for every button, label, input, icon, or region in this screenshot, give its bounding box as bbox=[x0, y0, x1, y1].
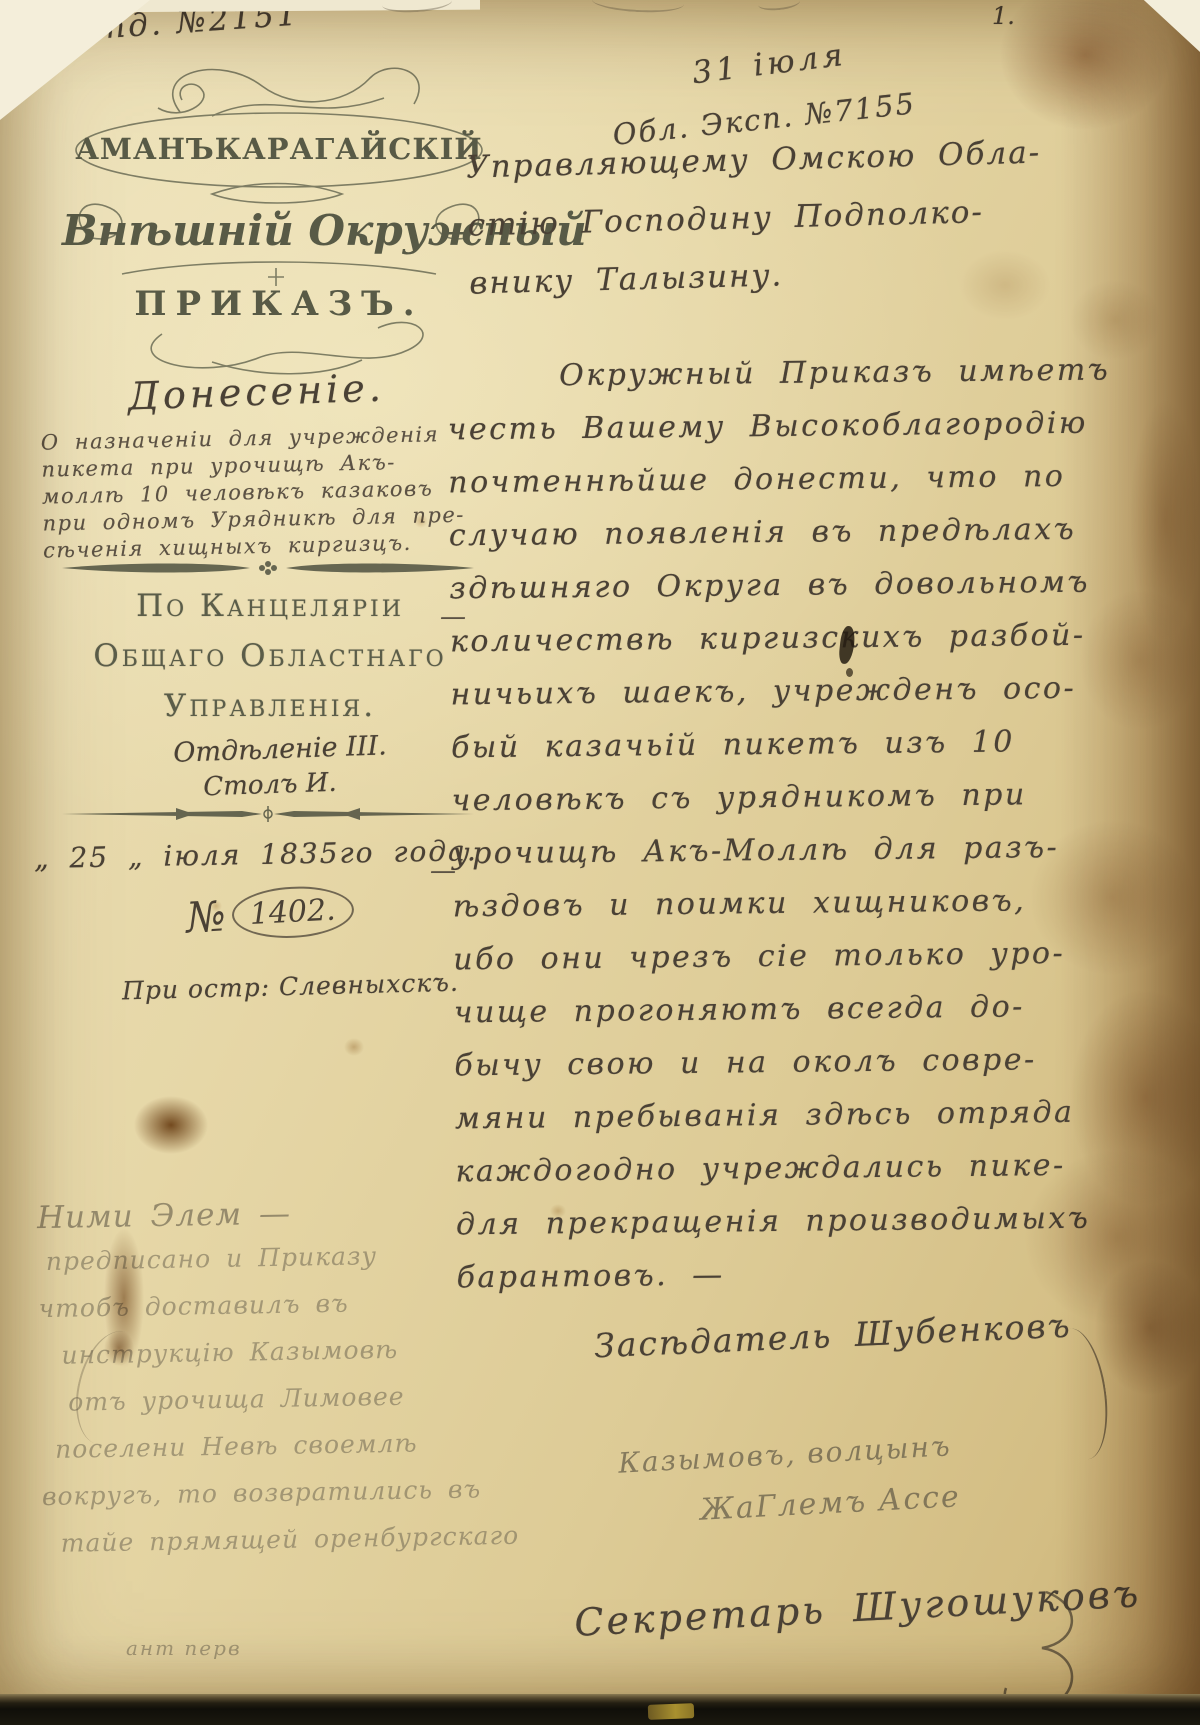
page-number: 1. bbox=[992, 2, 1015, 30]
body-line: здѣшняго Округа въ довольномъ bbox=[449, 565, 1090, 625]
foxing-spot bbox=[344, 1038, 364, 1056]
margin-mark: — bbox=[430, 856, 456, 886]
pencil-line-right: ЖаГлемъ Ассе bbox=[699, 1479, 961, 1528]
pencil-line-right: Казымовъ, волцынъ bbox=[617, 1429, 952, 1479]
body-line: бый казачьій пикетъ изъ 10 bbox=[451, 724, 1092, 784]
document-number-value: 1402. bbox=[230, 884, 354, 941]
body-line: честь Вашему Высокоблагородію bbox=[448, 406, 1089, 466]
body-line: ничьихъ шаекъ, учрежденъ осо- bbox=[450, 671, 1091, 731]
margin-mark: — bbox=[440, 602, 466, 632]
report-subject: О назначеніи для учрежденія пикета при у… bbox=[41, 421, 480, 565]
received-date-note: 31 іюля bbox=[690, 37, 848, 92]
body-line: для прекращенія производимыхъ bbox=[456, 1201, 1097, 1261]
pencil-line: отъ урочища Лимовее bbox=[40, 1380, 511, 1435]
numero-sign: № bbox=[185, 891, 227, 942]
pencil-line: инструкцію Казымовѣ bbox=[39, 1333, 510, 1388]
ink-drop bbox=[846, 668, 853, 677]
body-line: случаю появленія въ предѣлахъ bbox=[449, 512, 1090, 572]
pencil-draft: Ними Элем — предписано и Приказу чтобъ д… bbox=[37, 1192, 513, 1576]
place-note: При остр: Слевныхскъ. bbox=[122, 968, 460, 1006]
pencil-line: тайе прямящей оренбургскаго bbox=[42, 1521, 513, 1576]
stain bbox=[1070, 280, 1160, 360]
stain bbox=[1130, 400, 1200, 640]
body-line: человѣкъ съ урядникомъ при bbox=[451, 777, 1092, 837]
pencil-bottom-note: ант перв bbox=[126, 1636, 242, 1660]
signature-flourish bbox=[1043, 1325, 1115, 1463]
stain bbox=[1080, 590, 1200, 730]
document-date: „ 25 „ іюля 1835го года. bbox=[34, 834, 487, 875]
pencil-line: поселени Невѣ своемлѣ bbox=[41, 1427, 512, 1482]
cut-off-stroke bbox=[381, 0, 452, 14]
cut-off-stroke bbox=[757, 0, 800, 12]
pencil-line: Ними Элем — bbox=[37, 1192, 508, 1247]
body-line: Окружный Приказъ имѣетъ bbox=[447, 353, 1088, 413]
pencil-line: чтобъ доставилъ въ bbox=[38, 1286, 509, 1341]
body-line: ибо они чрезъ сіе только уро- bbox=[453, 936, 1094, 996]
arrow-divider bbox=[56, 804, 480, 824]
document-page: 1. З. отд. №2151 АМАНЪКАРАГАЙСКІЙ Внѣшні… bbox=[0, 0, 1200, 1725]
stain bbox=[1000, 0, 1170, 130]
body-line: чище прогоняютъ всегда до- bbox=[454, 989, 1095, 1049]
addressee-block: Управляющему Омскою Обла- стію Господину… bbox=[466, 134, 1050, 323]
letterhead: АМАНЪКАРАГАЙСКІЙ Внѣшній Окружный ПРИКАЗ… bbox=[62, 62, 496, 384]
pencil-object bbox=[648, 1703, 694, 1720]
office-chancellery: По Канцеляріи bbox=[60, 588, 480, 624]
body-line: бычу свою и на околъ совре- bbox=[454, 1042, 1095, 1102]
letterhead-line-3: ПРИКАЗЪ. bbox=[62, 284, 496, 324]
body-line: барантовъ. — bbox=[456, 1254, 1097, 1314]
ink-blot bbox=[134, 1096, 208, 1154]
body-line: мяни пребыванія здѣсь отряда bbox=[455, 1095, 1096, 1155]
office-department: Отдѣленіе III. bbox=[120, 728, 441, 770]
letterhead-line-2: Внѣшній Окружный bbox=[62, 206, 496, 255]
office-administration: Управленія. bbox=[60, 688, 480, 724]
scan-background-strip bbox=[0, 1694, 1200, 1725]
pencil-line: предписано и Приказу bbox=[38, 1239, 509, 1294]
ornamental-divider bbox=[56, 558, 480, 578]
letterhead-line-1: АМАНЪКАРАГАЙСКІЙ bbox=[62, 132, 496, 166]
pencil-line: вокругъ, то возвратились въ bbox=[42, 1474, 513, 1529]
document-number: № 1402. bbox=[185, 884, 355, 944]
body-line: каждогодно учреждались пике- bbox=[455, 1148, 1096, 1208]
body-text: Окружный Приказъ имѣетъ честь Вашему Выс… bbox=[447, 353, 1097, 1314]
office-general: Общаго Областнаго bbox=[42, 638, 498, 674]
assessor-signature: Засѣдатель Шубенковъ bbox=[593, 1306, 1072, 1366]
report-title: Донесеніе. bbox=[127, 366, 385, 419]
office-desk: Столъ И. bbox=[130, 765, 411, 805]
body-line: количествѣ киргизскихъ разбой- bbox=[450, 618, 1091, 678]
body-line: ѣздовъ и поимки хищниковъ, bbox=[453, 883, 1094, 943]
cut-off-stroke bbox=[592, 0, 685, 14]
body-line: почтеннѣйше донести, что по bbox=[448, 459, 1089, 519]
body-line: урочищѣ Акъ-Моллѣ для разъ- bbox=[452, 830, 1093, 890]
stain bbox=[1095, 1260, 1200, 1395]
torn-corner-top-right bbox=[1122, 0, 1200, 52]
